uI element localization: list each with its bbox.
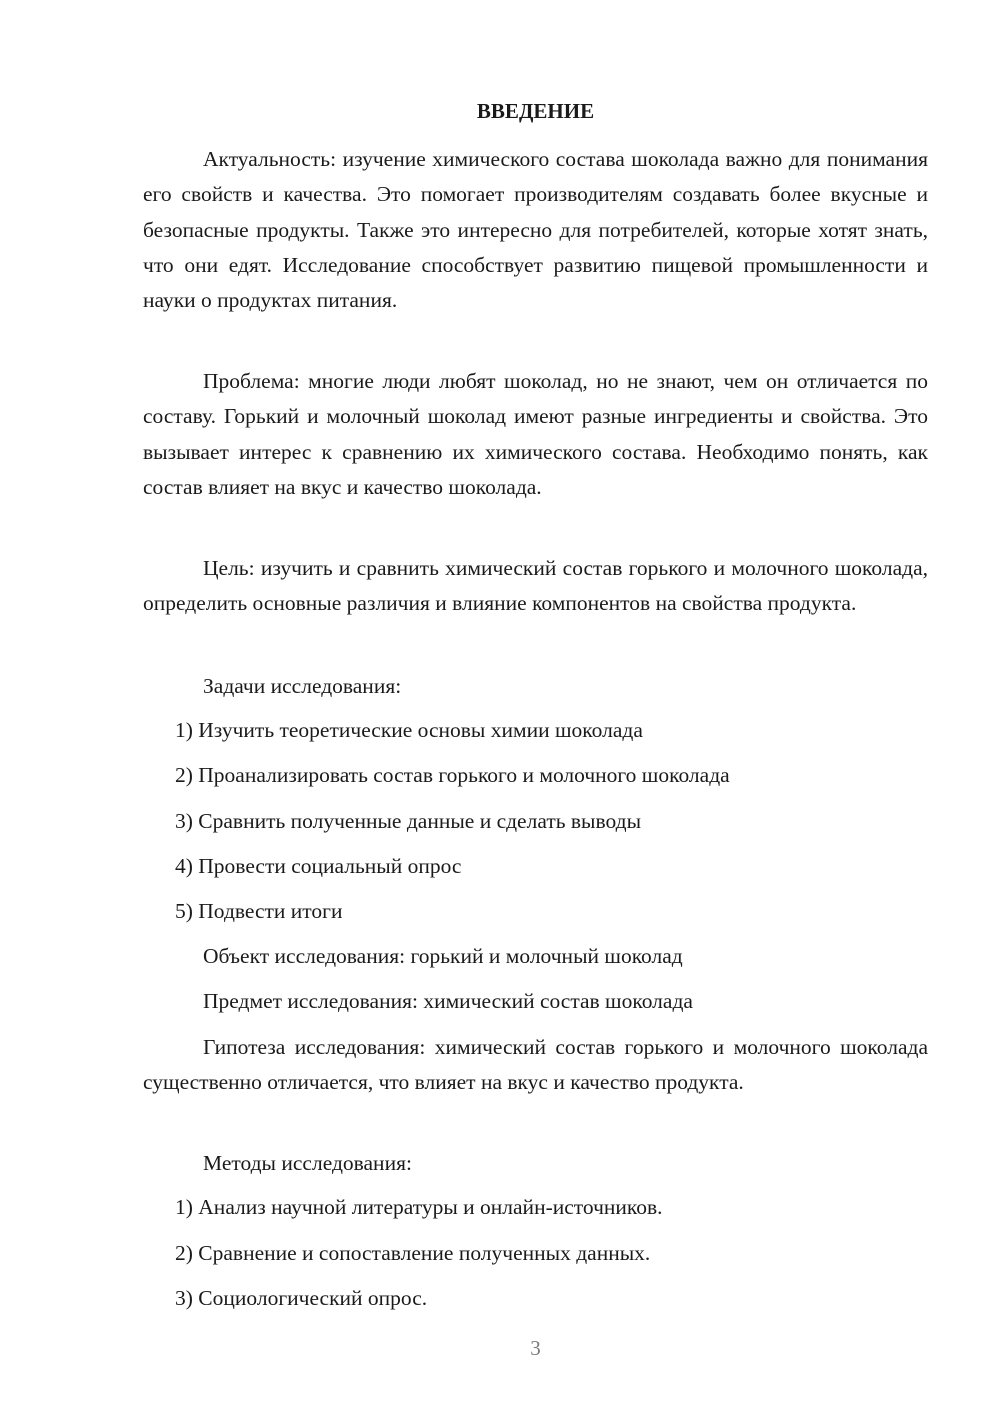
task-item: 2) Проанализировать состав горького и мо…: [175, 760, 730, 790]
hypothesis-paragraph: Гипотеза исследования: химический состав…: [143, 1030, 928, 1101]
problem-paragraph: Проблема: многие люди любят шоколад, но …: [143, 364, 928, 505]
task-item: 3) Сравнить полученные данные и сделать …: [175, 806, 641, 836]
task-item: 4) Провести социальный опрос: [175, 851, 461, 881]
research-object: Объект исследования: горький и молочный …: [203, 941, 683, 971]
methods-heading: Методы исследования:: [203, 1148, 412, 1178]
method-item: 2) Сравнение и сопоставление полученных …: [175, 1238, 650, 1268]
tasks-heading: Задачи исследования:: [203, 671, 401, 701]
task-item: 5) Подвести итоги: [175, 896, 343, 926]
method-item: 3) Социологический опрос.: [175, 1283, 427, 1313]
task-item: 1) Изучить теоретические основы химии шо…: [175, 715, 643, 745]
method-item: 1) Анализ научной литературы и онлайн-ис…: [175, 1192, 663, 1222]
goal-paragraph: Цель: изучить и сравнить химический сост…: [143, 551, 928, 622]
page-number: 3: [143, 1333, 928, 1363]
relevance-paragraph: Актуальность: изучение химического соста…: [143, 142, 928, 318]
research-subject: Предмет исследования: химический состав …: [203, 986, 693, 1016]
section-title: ВВЕДЕНИЕ: [143, 96, 928, 126]
